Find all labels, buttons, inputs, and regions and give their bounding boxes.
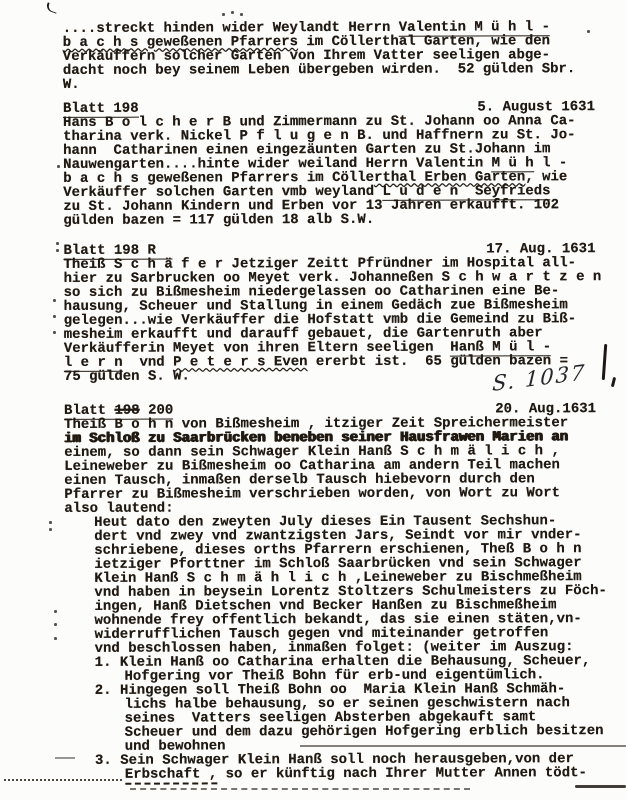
text-line: Scheuer und dem dazu gehörigen Hofgering… <box>65 724 597 740</box>
pen-tick-mark <box>45 2 59 14</box>
text-segment: so er künftig nach Ihrer Mutter Annen tö… <box>217 765 587 782</box>
scan-artifact-dashes <box>130 788 470 790</box>
text-line: dacht noch bey seinem Leben übergeben wi… <box>63 62 595 78</box>
scan-dot <box>53 331 56 334</box>
text-line: Erbschaft , so er künftig nach Ihrer Mut… <box>65 766 597 782</box>
scan-dot <box>54 623 57 626</box>
text-line: l e r n vnd P e t e r s Even ererbt ist.… <box>64 354 596 370</box>
text-segment: Erbschaft , <box>125 766 217 784</box>
text-segment: dacht noch bey seinem Leben übergeben wi… <box>63 61 576 79</box>
scan-dot <box>57 165 60 168</box>
scan-dot <box>240 13 243 16</box>
scan-artifact-dash-right <box>575 785 626 788</box>
scan-dot <box>53 299 56 302</box>
pen-mark-vertical <box>602 344 608 380</box>
entry: Blatt 1985. August 1631Hans B o l c h e … <box>63 100 595 228</box>
scan-streak <box>300 745 626 747</box>
document-page: ....streckt hinden wider Weylandt Herrn … <box>0 0 626 800</box>
scan-dot <box>222 13 225 16</box>
scan-artifact-dotted <box>4 779 122 781</box>
text-line: Pfarrer zu Bißmesheim verschrieben worde… <box>64 486 596 502</box>
text-segment: gülden bazen = 117 gülden 18 alb S.W. <box>63 212 374 229</box>
scan-dot <box>231 11 234 14</box>
text-line: gülden bazen = 117 gülden 18 alb S.W. <box>63 212 595 228</box>
text-segment: P e t e r s Even <box>173 354 307 370</box>
scan-dot <box>56 242 59 245</box>
typewritten-document: ....streckt hinden wider Weylandt Herrn … <box>63 20 598 782</box>
entry: ....streckt hinden wider Weylandt Herrn … <box>63 20 595 92</box>
scan-dot <box>53 315 56 318</box>
scan-dot <box>56 249 59 252</box>
scan-dot <box>49 528 52 531</box>
entry: Blatt 198 20020. Aug.1631Theiß B o h n v… <box>64 402 597 782</box>
scan-dot <box>54 610 57 613</box>
scan-dot <box>54 637 57 640</box>
entry: Blatt 198 R 17. Aug. 1631Theiß S c h ä f… <box>63 242 595 384</box>
text-segment: W. <box>63 77 80 93</box>
scan-dot <box>49 521 52 524</box>
scan-dot <box>587 30 590 33</box>
pen-mark-apostrophe <box>611 377 616 387</box>
scan-artifact-dash-small <box>55 757 75 759</box>
text-segment: 75 gülden S. W. <box>64 368 190 384</box>
